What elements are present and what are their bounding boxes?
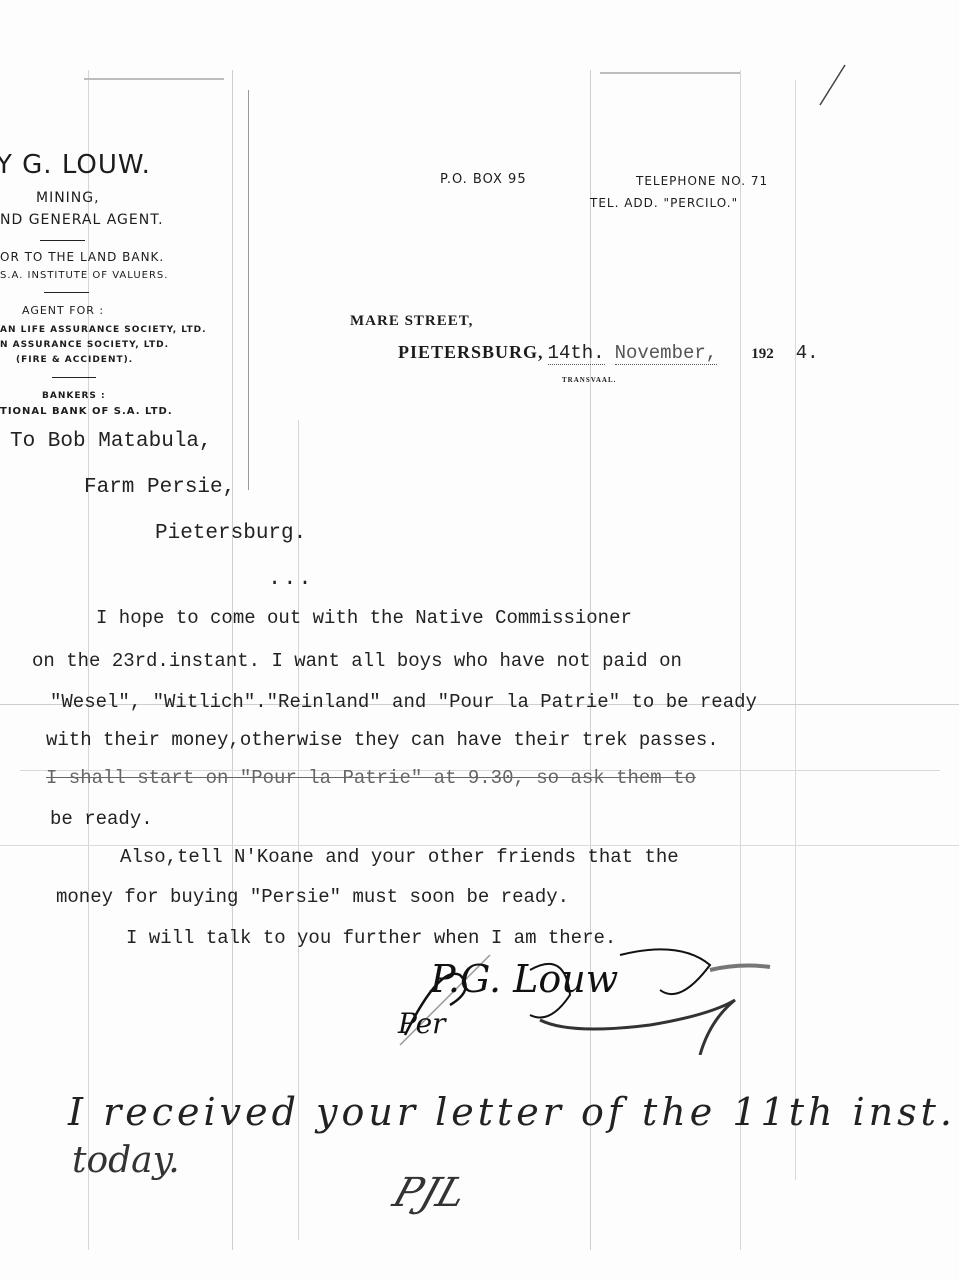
pen-stroke-mark — [810, 60, 850, 110]
agent-line-fire-accident: (FIRE & ACCIDENT). — [16, 355, 133, 365]
fold-crease — [795, 80, 796, 1180]
letterhead-land-bank: OR TO THE LAND BANK. — [0, 250, 164, 264]
agent-for-label: AGENT FOR : — [22, 304, 104, 317]
separator-dots: ... — [268, 566, 314, 591]
handwritten-initials: PJL — [388, 1170, 472, 1216]
body-line-6: be ready. — [50, 808, 153, 830]
letterhead-general-agent: ND GENERAL AGENT. — [0, 212, 164, 228]
date-month: November, — [615, 342, 718, 365]
bankers-line: TIONAL BANK OF S.A. LTD. — [0, 406, 173, 417]
letterhead-name: Y G. LOUW. — [0, 150, 151, 180]
recipient-farm: Farm Persie, — [84, 476, 235, 499]
city: PIETERSBURG, — [398, 342, 544, 362]
province: TRANSVAAL. — [562, 376, 616, 384]
handwritten-note-line-2: today. — [72, 1140, 180, 1181]
telephone: TELEPHONE NO. 71 — [636, 174, 768, 188]
letterhead-divider — [52, 377, 96, 378]
telegraphic-address: TEL. ADD. "PERCILO." — [590, 196, 738, 210]
body-line-8: money for buying "Persie" must soon be r… — [56, 886, 569, 908]
agent-line-life-assurance: AN LIFE ASSURANCE SOCIETY, LTD. — [0, 325, 207, 335]
letterhead-divider — [44, 292, 89, 293]
letterhead-mining: MINING, — [36, 190, 100, 206]
street-address: MARE STREET, — [350, 313, 473, 330]
body-line-1: I hope to come out with the Native Commi… — [96, 607, 632, 629]
date-year-suffix: 4. — [796, 342, 819, 364]
fold-crease — [740, 70, 741, 1250]
recipient-name: To Bob Matabula, — [10, 430, 212, 453]
po-box: P.O. BOX 95 — [440, 172, 527, 187]
recipient-town: Pietersburg. — [155, 522, 306, 545]
bankers-label: BANKERS : — [42, 391, 106, 401]
date-line: PIETERSBURG, 14th. November, 192 4. — [398, 342, 819, 364]
handwritten-note-line-1: I received your letter of the 11th inst. — [68, 1090, 956, 1134]
scanned-letter-page: Y G. LOUW. MINING, ND GENERAL AGENT. OR … — [0, 0, 959, 1280]
body-line-7: Also,tell N'Koane and your other friends… — [120, 846, 679, 868]
body-line-4: with their money,otherwise they can have… — [46, 729, 719, 751]
letterhead-valuers: S.A. INSTITUTE OF VALUERS. — [0, 270, 168, 281]
scan-artifact — [600, 72, 740, 74]
signature: P.G. Louw Per — [380, 945, 780, 1055]
fold-crease — [248, 90, 249, 490]
body-line-5-struck: I shall start on "Pour la Patrie" at 9.3… — [46, 767, 696, 789]
date-day: 14th. — [548, 342, 605, 365]
letterhead-divider — [40, 240, 85, 241]
scan-artifact — [84, 78, 224, 80]
signature-per: Per — [398, 1007, 446, 1040]
body-line-2: on the 23rd.instant. I want all boys who… — [32, 650, 682, 672]
signature-text: P.G. Louw — [430, 957, 618, 1001]
date-year-prefix: 192 — [751, 346, 774, 362]
body-line-3: "Wesel", "Witlich"."Reinland" and "Pour … — [50, 691, 757, 713]
agent-line-assurance: N ASSURANCE SOCIETY, LTD. — [0, 340, 169, 350]
